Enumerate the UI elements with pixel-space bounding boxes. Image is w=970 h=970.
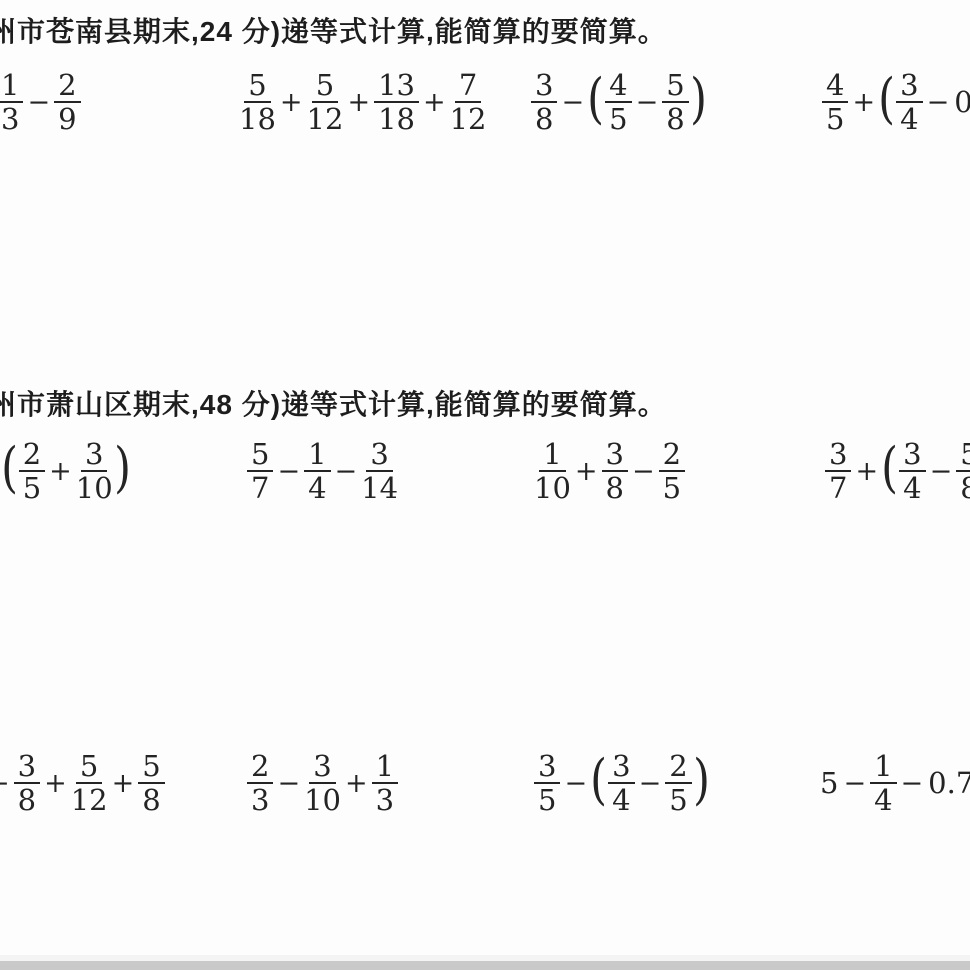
denominator: 8 — [666, 103, 684, 132]
plus-operator: + — [855, 456, 878, 487]
fraction: 58 — [956, 441, 970, 501]
plus-operator: + — [44, 768, 67, 799]
worksheet-scan: { "page": { "background": "#fdfdfd", "in… — [0, 0, 970, 970]
minus-operator: − — [632, 456, 655, 487]
denominator: 7 — [251, 472, 269, 501]
plus-operator: + — [423, 87, 446, 118]
math-expression: 37+(34−58) — [824, 441, 970, 501]
minus-operator: − — [335, 456, 358, 487]
open-paren: ( — [878, 72, 895, 126]
minus-operator: − — [277, 768, 300, 799]
minus-operator: − — [564, 768, 587, 799]
numerator: 3 — [14, 753, 40, 784]
fraction: 712 — [450, 72, 487, 132]
fraction: 37 — [825, 441, 851, 501]
numerator: 13 — [374, 72, 419, 103]
fraction: 310 — [304, 753, 341, 813]
math-expression: 45+(34−0.5 — [821, 72, 970, 132]
fraction: 512 — [71, 753, 108, 813]
minus-operator: − — [843, 768, 866, 799]
fraction: 58 — [138, 753, 164, 813]
plus-operator: + — [345, 768, 368, 799]
denominator: 4 — [903, 472, 921, 501]
fraction: 14 — [870, 753, 896, 813]
fraction: 57 — [247, 441, 273, 501]
numerator: 3 — [608, 753, 634, 784]
denominator: 5 — [23, 472, 41, 501]
denominator: 5 — [669, 784, 687, 813]
minus-operator: − — [277, 456, 300, 487]
numerator: 2 — [19, 441, 45, 472]
close-paren: ) — [693, 753, 710, 807]
fraction: 38 — [531, 72, 557, 132]
denominator: 3 — [251, 784, 269, 813]
denominator: 8 — [18, 784, 36, 813]
numerator: 1 — [372, 753, 398, 784]
denominator: 8 — [960, 472, 970, 501]
denominator: 12 — [450, 103, 487, 132]
denominator: 8 — [606, 472, 624, 501]
fraction: 38 — [14, 753, 40, 813]
section-2-heading: 州市萧山区期末,48 分)递等式计算,能简算的要简算。 — [0, 383, 667, 423]
math-expression: −(25+310) — [0, 441, 131, 501]
numerator: 7 — [455, 72, 481, 103]
fraction: 34 — [608, 753, 634, 813]
numerator: 3 — [896, 72, 922, 103]
denominator: 3 — [376, 784, 394, 813]
fraction: 14 — [304, 441, 330, 501]
plus-operator: + — [49, 456, 72, 487]
plus-operator: + — [575, 456, 598, 487]
denominator: 4 — [308, 472, 326, 501]
denominator: 10 — [304, 784, 341, 813]
denominator: 9 — [58, 103, 76, 132]
open-paren: ( — [587, 72, 604, 126]
numerator: 5 — [312, 72, 338, 103]
fraction: 518 — [239, 72, 276, 132]
math-expression: −38+512+58 — [0, 753, 166, 813]
fraction: 45 — [605, 72, 631, 132]
plus-operator: + — [112, 768, 135, 799]
numerator: 2 — [54, 72, 80, 103]
numerator: 2 — [665, 753, 691, 784]
denominator: 5 — [609, 103, 627, 132]
numerator: 1 — [870, 753, 896, 784]
fraction: 35 — [534, 753, 560, 813]
numerator: 2 — [659, 441, 685, 472]
minus-operator: − — [901, 768, 924, 799]
numerator: 5 — [244, 72, 270, 103]
math-expression: 5−14−0.75 — [818, 753, 970, 813]
numerator: 2 — [247, 753, 273, 784]
section-1-heading: 州市苍南县期末,24 分)递等式计算,能简算的要简算。 — [0, 10, 667, 50]
plus-operator: + — [280, 87, 303, 118]
denominator: 3 — [1, 103, 19, 132]
minus-operator: − — [930, 456, 953, 487]
fraction: 45 — [822, 72, 848, 132]
minus-operator: − — [561, 87, 584, 118]
denominator: 5 — [538, 784, 556, 813]
fraction: 13 — [0, 72, 23, 132]
numerator: 4 — [605, 72, 631, 103]
math-expression: 13−29 — [0, 72, 82, 132]
denominator: 4 — [874, 784, 892, 813]
numerator: 5 — [956, 441, 970, 472]
fraction: 34 — [899, 441, 925, 501]
minus-operator: − — [927, 87, 950, 118]
denominator: 5 — [663, 472, 681, 501]
open-paren: ( — [590, 753, 607, 807]
denominator: 4 — [612, 784, 630, 813]
fraction: 1318 — [374, 72, 419, 132]
numerator: 5 — [76, 753, 102, 784]
denominator: 8 — [535, 103, 553, 132]
minus-operator: − — [639, 768, 662, 799]
fraction: 38 — [602, 441, 628, 501]
math-expression: 110+38−25 — [533, 441, 686, 501]
fraction: 34 — [896, 72, 922, 132]
math-expression: 23−310+13 — [246, 753, 399, 813]
numerator: 3 — [825, 441, 851, 472]
numerator: 3 — [534, 753, 560, 784]
minus-operator: − — [636, 87, 659, 118]
math-expression: 518+512+1318+712 — [238, 72, 488, 132]
fraction: 13 — [372, 753, 398, 813]
numerator: 1 — [304, 441, 330, 472]
fraction: 25 — [19, 441, 45, 501]
denominator: 14 — [361, 472, 398, 501]
denominator: 7 — [829, 472, 847, 501]
denominator: 12 — [307, 103, 344, 132]
numerator: 3 — [81, 441, 107, 472]
fraction: 512 — [307, 72, 344, 132]
denominator: 10 — [534, 472, 571, 501]
fraction: 58 — [662, 72, 688, 132]
fraction: 29 — [54, 72, 80, 132]
denominator: 5 — [826, 103, 844, 132]
denominator: 4 — [900, 103, 918, 132]
fraction: 25 — [665, 753, 691, 813]
numerator: 3 — [602, 441, 628, 472]
fraction: 314 — [361, 441, 398, 501]
decimal-number: 5 — [820, 766, 838, 800]
fraction: 25 — [659, 441, 685, 501]
math-expression: 35−(34−25) — [533, 753, 710, 813]
decimal-number: 0.5 — [954, 85, 970, 119]
plus-operator: + — [347, 87, 370, 118]
denominator: 18 — [239, 103, 276, 132]
math-expression: 57−14−314 — [246, 441, 399, 501]
close-paren: ) — [690, 72, 707, 126]
numerator: 5 — [138, 753, 164, 784]
numerator: 1 — [0, 72, 23, 103]
numerator: 4 — [822, 72, 848, 103]
open-paren: ( — [881, 441, 898, 495]
minus-operator: − — [0, 768, 10, 799]
numerator: 3 — [309, 753, 335, 784]
fraction: 110 — [534, 441, 571, 501]
bottom-edge-bar — [0, 961, 970, 970]
denominator: 18 — [378, 103, 415, 132]
open-paren: ( — [1, 441, 18, 495]
fraction: 23 — [247, 753, 273, 813]
numerator: 1 — [539, 441, 565, 472]
numerator: 3 — [899, 441, 925, 472]
decimal-number: 0.75 — [928, 766, 970, 800]
plus-operator: + — [852, 87, 875, 118]
close-paren: ) — [114, 441, 131, 495]
math-expression: 38−(45−58) — [530, 72, 707, 132]
minus-operator: − — [27, 87, 50, 118]
numerator: 3 — [531, 72, 557, 103]
numerator: 5 — [662, 72, 688, 103]
fraction: 310 — [76, 441, 113, 501]
numerator: 5 — [247, 441, 273, 472]
denominator: 8 — [142, 784, 160, 813]
numerator: 3 — [366, 441, 392, 472]
denominator: 12 — [71, 784, 108, 813]
denominator: 10 — [76, 472, 113, 501]
